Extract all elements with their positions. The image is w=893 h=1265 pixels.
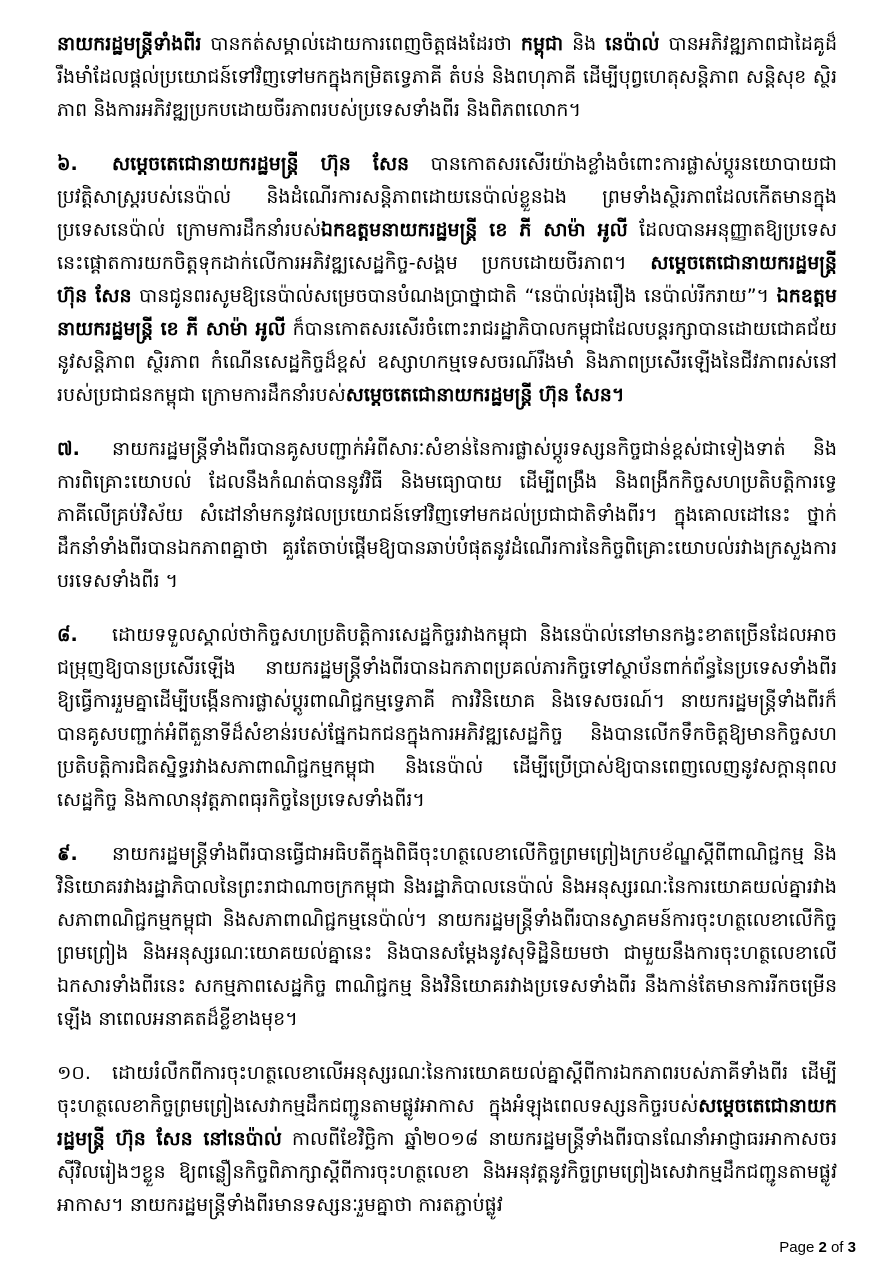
footer-current-page: 2 xyxy=(818,1239,826,1256)
paragraph: នាយករដ្ឋមន្ត្រីទាំងពីរ បានកត់សម្គាល់ដោយក… xyxy=(57,28,837,127)
paragraph: ៩.នាយករដ្ឋមន្ត្រីទាំងពីរបានធ្វើជាអធិបតីក… xyxy=(57,838,837,1036)
paragraph-number: ៩. xyxy=(57,838,112,871)
paragraph-number: ៦. xyxy=(57,148,112,181)
paragraph-number: ១០. xyxy=(57,1057,112,1090)
text-run: នាយករដ្ឋមន្ត្រីទាំងពីរបានគូសបញ្ជាក់អំពីស… xyxy=(57,438,837,592)
bold-text-run: សម្តេចតេជោនាយករដ្ឋមន្ត្រី ហ៊ុន សែន xyxy=(112,153,409,175)
paragraph: ១០.ដោយរំលឹកពីការចុះហត្ថលេខាលើអនុស្សរណៈនៃ… xyxy=(57,1057,837,1222)
bold-text-run: កម្ពុជា xyxy=(521,33,563,55)
page-footer: Page 2 of 3 xyxy=(779,1239,856,1256)
document-page: នាយករដ្ឋមន្ត្រីទាំងពីរ បានកត់សម្គាល់ដោយក… xyxy=(0,0,893,1265)
document-body: នាយករដ្ឋមន្ត្រីទាំងពីរ បានកត់សម្គាល់ដោយក… xyxy=(57,28,837,1222)
footer-page-label: Page xyxy=(779,1239,818,1256)
paragraph: ៦.សម្តេចតេជោនាយករដ្ឋមន្ត្រី ហ៊ុន សែន បាន… xyxy=(57,148,837,412)
paragraph: ៨.ដោយទទួលស្គាល់ថាកិច្ចសហប្រតិបត្តិការសេដ… xyxy=(57,619,837,817)
text-run: ដោយទទួលស្គាល់ថាកិច្ចសហប្រតិបត្តិការសេដ្ឋ… xyxy=(57,624,837,811)
bold-text-run: សម្តេចតេជោនាយករដ្ឋមន្ត្រី ហ៊ុន សែន។ xyxy=(346,384,625,406)
paragraph: ៧.នាយករដ្ឋមន្ត្រីទាំងពីរបានគូសបញ្ជាក់អំព… xyxy=(57,433,837,598)
text-run: បានជូនពរសូមឱ្យនេប៉ាល់សម្រេចបានបំណងប្រាថ្… xyxy=(132,285,777,307)
bold-text-run: នេប៉ាល់ xyxy=(605,33,659,55)
footer-of-label: of xyxy=(827,1239,848,1256)
text-run: និង xyxy=(563,33,605,55)
bold-text-run: នាយករដ្ឋមន្ត្រីទាំងពីរ xyxy=(57,33,201,55)
bold-text-run: ឯកឧត្តមនាយករដ្ឋមន្ត្រី ខេ ភី សាម៉ា អូលី xyxy=(321,219,628,241)
footer-total-pages: 3 xyxy=(848,1239,856,1256)
text-run: បានកត់សម្គាល់ដោយការពេញចិត្តផងដែរថា xyxy=(201,33,521,55)
text-run: នាយករដ្ឋមន្ត្រីទាំងពីរបានធ្វើជាអធិបតីក្ន… xyxy=(57,843,837,1030)
paragraph-number: ៧. xyxy=(57,433,112,466)
paragraph-number: ៨. xyxy=(57,619,112,652)
